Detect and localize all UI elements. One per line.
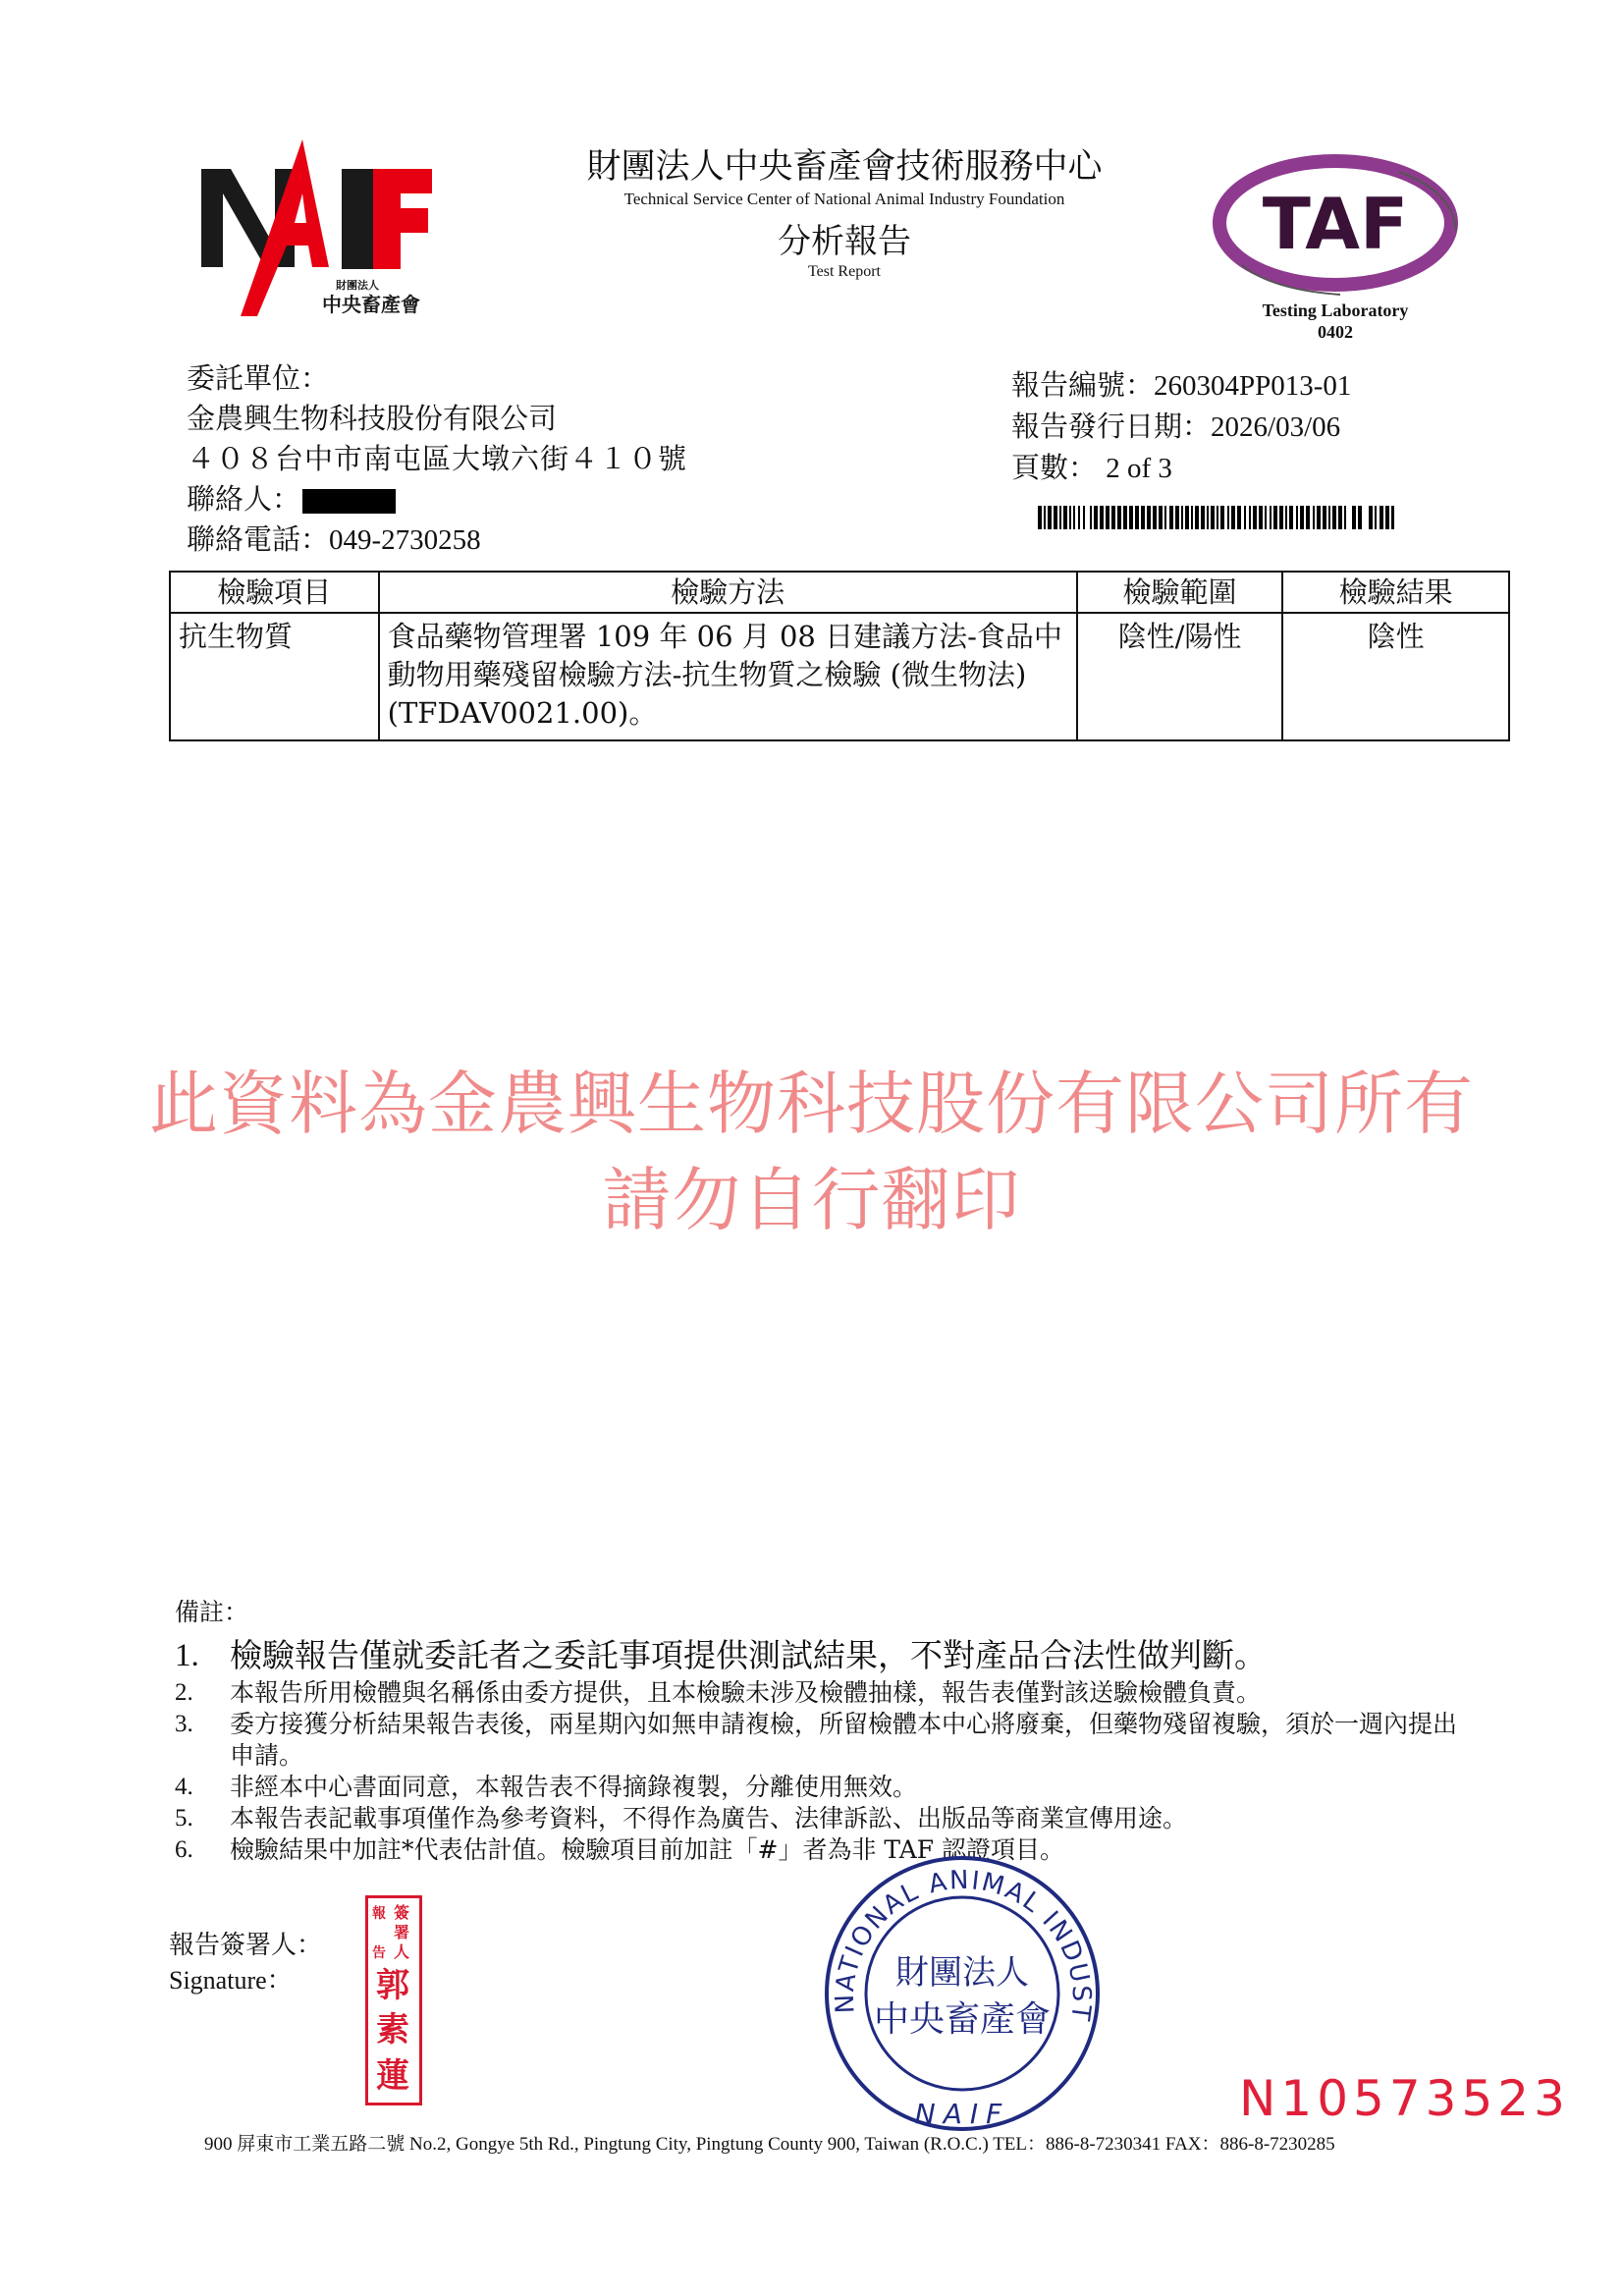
- taf-lab-name: Testing Laboratory: [1222, 300, 1448, 321]
- note-number: 2.: [175, 1677, 230, 1709]
- svg-text:蓮: 蓮: [376, 2056, 409, 2096]
- doc-title-zh: 分析報告: [550, 214, 1139, 262]
- note-item: 4. 非經本中心書面同意，本報告表不得摘錄複製，分離使用無效。: [175, 1772, 1549, 1803]
- note-number: 6.: [175, 1834, 230, 1866]
- note-item: 1. 檢驗報告僅就委託者之委託事項提供測試結果，不對產品合法性做判斷。: [175, 1634, 1549, 1677]
- cell-range: 陰性/陽性: [1077, 613, 1283, 740]
- svg-text:告: 告: [372, 1944, 386, 1961]
- org-name-en: Technical Service Center of National Ani…: [550, 190, 1139, 209]
- client-address: ４０８台中市南屯區大墩六街４１０號: [187, 439, 687, 479]
- contact-label: 聯絡人：: [187, 482, 300, 516]
- barcode: [1038, 506, 1394, 529]
- taf-logo: TAF: [1203, 152, 1468, 300]
- col-header-item: 檢驗項目: [170, 572, 379, 613]
- report-number: 報告編號：260304PP013-01: [1011, 365, 1351, 407]
- table-header-row: 檢驗項目 檢驗方法 檢驗範圍 檢驗結果: [170, 572, 1509, 613]
- col-header-method: 檢驗方法: [379, 572, 1077, 613]
- taf-lab-number: 0402: [1222, 321, 1448, 343]
- note-number: 1.: [175, 1634, 230, 1677]
- report-pages: 頁數： 2 of 3: [1011, 448, 1351, 489]
- note-text: 非經本中心書面同意，本報告表不得摘錄複製，分離使用無效。: [230, 1772, 917, 1803]
- watermark: 此資料為金農興生物科技股份有限公司所有 請勿自行翻印: [20, 1056, 1603, 1248]
- svg-text:財團法人: 財團法人: [336, 278, 379, 292]
- svg-text:TAF: TAF: [1263, 183, 1408, 265]
- cell-result: 陰性: [1282, 613, 1509, 740]
- watermark-line-2: 請勿自行翻印: [20, 1152, 1603, 1248]
- note-text: 本報告所用檢體與名稱係由委方提供，且本檢驗未涉及檢體抽樣，報告表僅對該送驗檢體負…: [230, 1677, 1261, 1709]
- note-number: 5.: [175, 1803, 230, 1834]
- svg-text:簽: 簽: [394, 1903, 409, 1922]
- signatory-stamp: 報 簽 署 告 人 郭 素 蓮: [365, 1895, 422, 2105]
- report-meta: 報告編號：260304PP013-01 報告發行日期：2026/03/06 頁數…: [1011, 365, 1351, 489]
- svg-text:中央畜產會: 中央畜產會: [322, 293, 420, 316]
- svg-text:財團法人: 財團法人: [895, 1953, 1029, 1993]
- signature-block: 報告簽署人： Signature：: [169, 1928, 322, 1998]
- client-phone: 聯絡電話：049-2730258: [187, 519, 687, 561]
- naif-logo: 財團法人 中央畜產會: [196, 139, 437, 316]
- client-contact: 聯絡人：: [187, 479, 687, 519]
- svg-text:郭: 郭: [376, 1966, 409, 2005]
- org-name-zh: 財團法人中央畜產會技術服務中心: [550, 139, 1139, 189]
- report-pages-label: 頁數：: [1011, 451, 1097, 484]
- watermark-line-1: 此資料為金農興生物科技股份有限公司所有: [20, 1056, 1603, 1152]
- svg-text:人: 人: [394, 1942, 409, 1961]
- report-number-label: 報告編號：: [1011, 368, 1154, 402]
- note-item: 5. 本報告表記載事項僅作為參考資料，不得作為廣告、法律訴訟、出版品等商業宣傳用…: [175, 1803, 1549, 1834]
- col-header-range: 檢驗範圍: [1077, 572, 1283, 613]
- note-number: 3.: [175, 1709, 230, 1772]
- signature-label-zh: 報告簽署人：: [169, 1928, 322, 1963]
- report-date: 報告發行日期：2026/03/06: [1011, 407, 1351, 448]
- client-block: 委託單位： 金農興生物科技股份有限公司 ４０８台中市南屯區大墩六街４１０號 聯絡…: [187, 358, 687, 561]
- note-item: 2. 本報告所用檢體與名稱係由委方提供，且本檢驗未涉及檢體抽樣，報告表僅對該送驗…: [175, 1677, 1549, 1709]
- phone-value: 049-2730258: [329, 524, 481, 556]
- phone-label: 聯絡電話：: [187, 522, 329, 556]
- svg-text:報: 報: [372, 1905, 386, 1922]
- report-date-value: 2026/03/06: [1211, 411, 1340, 443]
- note-text: 檢驗報告僅就委託者之委託事項提供測試結果，不對產品合法性做判斷。: [230, 1634, 1267, 1677]
- doc-title-en: Test Report: [550, 263, 1139, 281]
- svg-text:NATIONAL ANIMAL INDUSTRY FOUND: NATIONAL ANIMAL INDUSTRY FOUNDATION: [815, 1846, 1096, 2024]
- svg-text:NAIF: NAIF: [915, 2098, 1009, 2130]
- note-item: 3. 委方接獲分析結果報告表後，兩星期內如無申請複檢，所留檢體本中心將廢棄，但藥…: [175, 1709, 1549, 1772]
- report-pages-value: 2 of 3: [1106, 453, 1172, 484]
- col-header-result: 檢驗結果: [1282, 572, 1509, 613]
- taf-lab-label: Testing Laboratory 0402: [1222, 300, 1448, 343]
- cell-item: 抗生物質: [170, 613, 379, 740]
- notes-section: 備註： 1. 檢驗報告僅就委託者之委託事項提供測試結果，不對產品合法性做判斷。 …: [175, 1593, 1549, 1866]
- footer-address: 900 屏東市工業五路二號 No.2, Gongye 5th Rd., Ping…: [204, 2129, 1335, 2156]
- official-seal: NATIONAL ANIMAL INDUSTRY FOUNDATION NAIF…: [815, 1846, 1109, 2141]
- client-company: 金農興生物科技股份有限公司: [187, 399, 687, 439]
- note-text: 本報告表記載事項僅作為參考資料，不得作為廣告、法律訴訟、出版品等商業宣傳用途。: [230, 1803, 1187, 1834]
- report-number-value: 260304PP013-01: [1154, 370, 1351, 402]
- svg-text:中央畜產會: 中央畜產會: [874, 1999, 1051, 2040]
- svg-text:署: 署: [394, 1923, 409, 1941]
- notes-label: 備註：: [175, 1593, 1549, 1628]
- serial-number: N10573523: [1239, 2070, 1570, 2127]
- redacted-contact: [302, 489, 396, 514]
- svg-text:素: 素: [376, 2010, 409, 2050]
- client-label: 委託單位：: [187, 358, 687, 399]
- signature-label-en: Signature：: [169, 1963, 322, 1998]
- report-date-label: 報告發行日期：: [1011, 410, 1211, 443]
- results-table: 檢驗項目 檢驗方法 檢驗範圍 檢驗結果 抗生物質 食品藥物管理署 109 年 0…: [169, 571, 1510, 741]
- cell-method: 食品藥物管理署 109 年 06 月 08 日建議方法-食品中動物用藥殘留檢驗方…: [379, 613, 1077, 740]
- table-row: 抗生物質 食品藥物管理署 109 年 06 月 08 日建議方法-食品中動物用藥…: [170, 613, 1509, 740]
- note-text: 委方接獲分析結果報告表後，兩星期內如無申請複檢，所留檢體本中心將廢棄，但藥物殘留…: [230, 1709, 1467, 1772]
- note-number: 4.: [175, 1772, 230, 1803]
